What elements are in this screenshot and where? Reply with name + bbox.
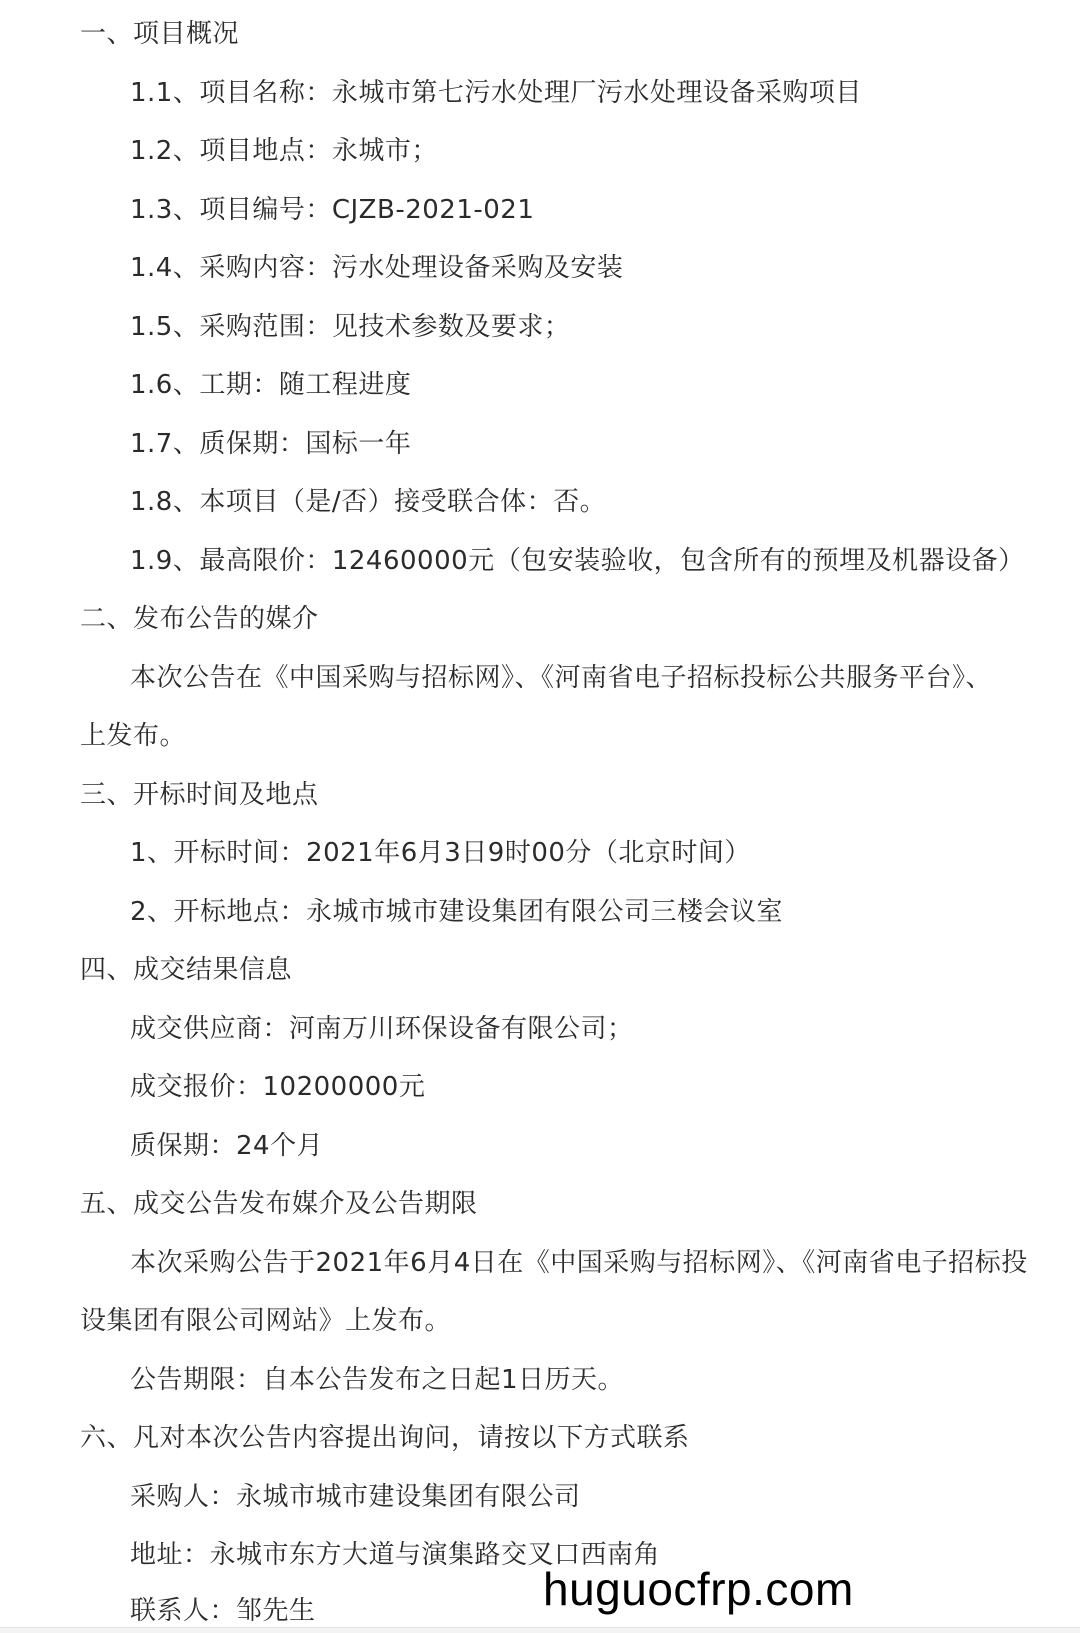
item-project-number: 1.3、项目编号：CJZB-2021-021 bbox=[130, 192, 534, 228]
item-project-name: 1.1、项目名称：永城市第七污水处理厂污水处理设备采购项目 bbox=[130, 75, 862, 111]
item-supplier: 成交供应商：河南万川环保设备有限公司； bbox=[130, 1011, 634, 1047]
item-result-warranty: 质保期：24个月 bbox=[130, 1128, 323, 1164]
section-heading-publication: 五、成交公告发布媒介及公告期限 bbox=[80, 1186, 478, 1222]
item-opening-time: 1、开标时间：2021年6月3日9时00分（北京时间） bbox=[130, 835, 751, 871]
paragraph-publication-continuation: 设集团有限公司网站》上发布。 bbox=[80, 1303, 451, 1339]
item-notice-period: 公告期限：自本公告发布之日起1日历天。 bbox=[130, 1362, 624, 1398]
section-heading-result: 四、成交结果信息 bbox=[80, 952, 292, 988]
bottom-divider bbox=[0, 1627, 1080, 1633]
paragraph-media-continuation: 上发布。 bbox=[80, 718, 186, 754]
item-procurement-scope: 1.5、采购范围：见技术参数及要求； bbox=[130, 309, 570, 345]
item-max-price: 1.9、最高限价：12460000元（包安装验收，包含所有的预埋及机器设备） bbox=[130, 543, 1025, 579]
item-purchaser: 采购人：永城市城市建设集团有限公司 bbox=[130, 1479, 581, 1515]
item-warranty: 1.7、质保期：国标一年 bbox=[130, 426, 411, 462]
section-heading-media: 二、发布公告的媒介 bbox=[80, 601, 319, 637]
item-consortium: 1.8、本项目（是/否）接受联合体：否。 bbox=[130, 484, 606, 520]
section-heading-overview: 一、项目概况 bbox=[80, 16, 239, 52]
section-heading-contact: 六、凡对本次公告内容提出询问，请按以下方式联系 bbox=[80, 1420, 690, 1456]
item-procurement-content: 1.4、采购内容：污水处理设备采购及安装 bbox=[130, 250, 623, 286]
watermark-text: huguocfrp.com bbox=[543, 1562, 854, 1616]
item-project-location: 1.2、项目地点：永城市； bbox=[130, 133, 438, 169]
paragraph-publication: 本次采购公告于2021年6月4日在《中国采购与招标网》、《河南省电子招标投 bbox=[130, 1245, 1028, 1281]
item-opening-location: 2、开标地点：永城市城市建设集团有限公司三楼会议室 bbox=[130, 894, 783, 930]
paragraph-media: 本次公告在《中国采购与招标网》、《河南省电子招标投标公共服务平台》、 bbox=[130, 660, 992, 696]
item-bid-price: 成交报价：10200000元 bbox=[130, 1069, 425, 1105]
item-construction-period: 1.6、工期：随工程进度 bbox=[130, 367, 411, 403]
section-heading-opening: 三、开标时间及地点 bbox=[80, 777, 319, 813]
item-contact-person: 联系人：邹先生 bbox=[130, 1593, 316, 1629]
